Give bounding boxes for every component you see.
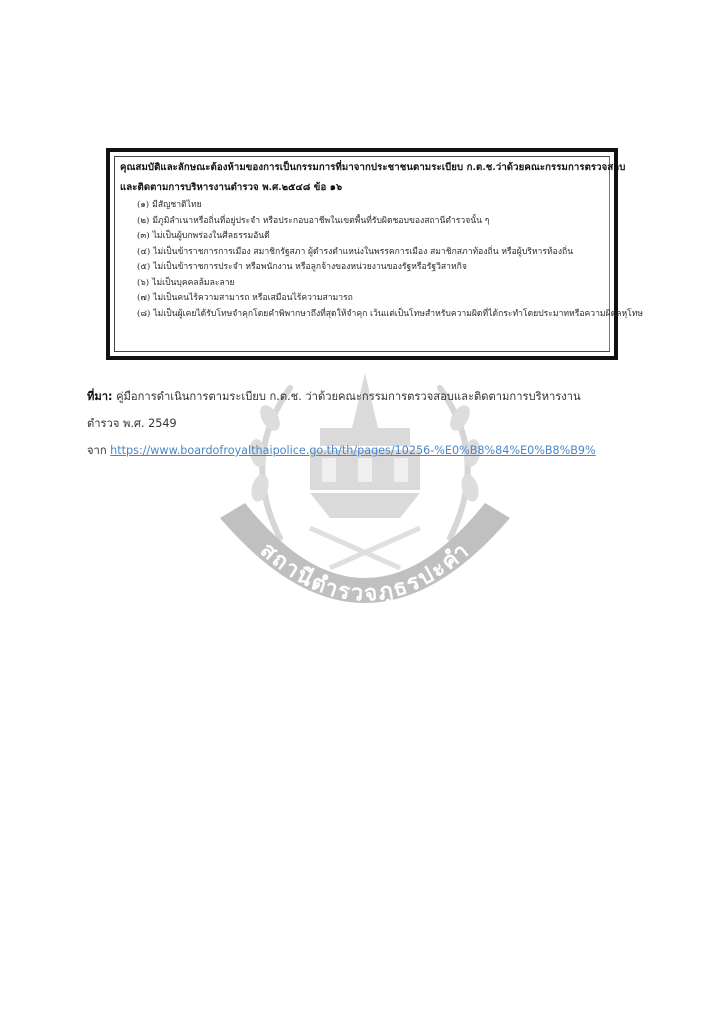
criteria-item-text: ไม่เป็นผู้บกพร่องในศีลธรรมอันดี xyxy=(153,231,270,241)
criteria-item-number: (๒) xyxy=(137,216,149,226)
criteria-item-number: (๗) xyxy=(137,293,150,303)
criteria-item-text: ไม่เป็นผู้เคยได้รับโทษจำคุกโดยคำพิพากษาถ… xyxy=(153,309,643,319)
svg-text:สถานีตำรวจภูธรปะคำ: สถานีตำรวจภูธรปะคำ xyxy=(255,538,475,607)
criteria-box: คุณสมบัติและลักษณะต้องห้ามของการเป็นกรรม… xyxy=(106,148,618,360)
criteria-item-number: (๑) xyxy=(137,200,149,210)
source-label: ที่มา: xyxy=(87,390,113,403)
criteria-item-number: (๔) xyxy=(137,247,150,257)
criteria-item-text: มีสัญชาติไทย xyxy=(152,200,202,210)
criteria-item: (๗)ไม่เป็นคนไร้ความสามารถ หรือเสมือนไร้ค… xyxy=(120,291,608,307)
criteria-item: (๑)มีสัญชาติไทย xyxy=(120,198,608,214)
criteria-item: (๓)ไม่เป็นผู้บกพร่องในศีลธรรมอันดี xyxy=(120,229,608,245)
criteria-item-number: (๖) xyxy=(137,278,149,288)
criteria-item-number: (๕) xyxy=(137,262,150,272)
criteria-item: (๒)มีภูมิลำเนาหรือถิ่นที่อยู่ประจำ หรือป… xyxy=(120,214,608,230)
criteria-item-text: ไม่เป็นบุคคลล้มละลาย xyxy=(152,278,234,288)
source-text: คู่มือการดำเนินการตามระเบียบ ก.ต.ช. ว่าด… xyxy=(113,390,581,403)
criteria-item-number: (๓) xyxy=(137,231,150,241)
criteria-item-text: ไม่เป็นข้าราชการประจำ หรือพนักงาน หรือลู… xyxy=(153,262,467,272)
from-label: จาก xyxy=(87,444,110,457)
criteria-item: (๕)ไม่เป็นข้าราชการประจำ หรือพนักงาน หรื… xyxy=(120,260,608,276)
source-line-2: ตำรวจ พ.ศ. 2549 xyxy=(87,410,647,437)
criteria-item: (๘)ไม่เป็นผู้เคยได้รับโทษจำคุกโดยคำพิพาก… xyxy=(120,307,608,323)
source-line-1: ที่มา: คู่มือการดำเนินการตามระเบียบ ก.ต.… xyxy=(87,383,647,410)
criteria-list: (๑)มีสัญชาติไทย (๒)มีภูมิลำเนาหรือถิ่นที… xyxy=(120,198,608,322)
criteria-item: (๖)ไม่เป็นบุคคลล้มละลาย xyxy=(120,276,608,292)
criteria-item: (๔)ไม่เป็นข้าราชการการเมือง สมาชิกรัฐสภา… xyxy=(120,245,608,261)
source-citation: ที่มา: คู่มือการดำเนินการตามระเบียบ ก.ต.… xyxy=(87,383,647,464)
source-url-link[interactable]: https://www.boardofroyalthaipolice.go.th… xyxy=(110,444,596,457)
criteria-title-line-1: คุณสมบัติและลักษณะต้องห้ามของการเป็นกรรม… xyxy=(120,158,608,178)
criteria-box-content: คุณสมบัติและลักษณะต้องห้ามของการเป็นกรรม… xyxy=(120,158,608,322)
criteria-title-line-2: และติดตามการบริหารงานตำรวจ พ.ศ.๒๕๔๘ ข้อ … xyxy=(120,178,608,198)
criteria-item-number: (๘) xyxy=(137,309,150,319)
criteria-item-text: ไม่เป็นคนไร้ความสามารถ หรือเสมือนไร้ความ… xyxy=(153,293,353,303)
source-line-3: จาก https://www.boardofroyalthaipolice.g… xyxy=(87,437,647,464)
criteria-item-text: มีภูมิลำเนาหรือถิ่นที่อยู่ประจำ หรือประก… xyxy=(152,216,489,226)
criteria-item-text: ไม่เป็นข้าราชการการเมือง สมาชิกรัฐสภา ผู… xyxy=(153,247,573,257)
